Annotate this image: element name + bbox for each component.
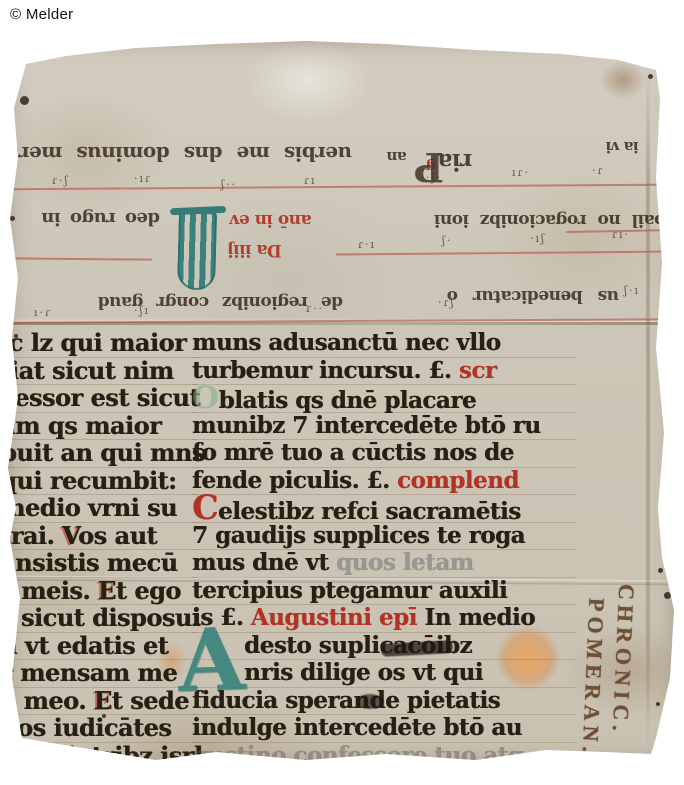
dark-speck — [648, 74, 653, 79]
text-segment: nris dilige os vt qui — [244, 659, 483, 686]
dark-speck — [306, 728, 309, 731]
text-segment: cessor est sicut — [0, 383, 200, 412]
manuscript-text-line: nos iudicātes — [0, 715, 198, 743]
text-segment: ansistis mecū — [0, 548, 177, 577]
inverted-text-fragment: pail no rogacionibz ioni — [366, 210, 666, 230]
text-segment: scr — [459, 357, 497, 384]
dark-speck — [656, 702, 660, 706]
manuscript-text-line: Celestibz refci sacramētis — [192, 495, 576, 523]
inverted-text-fragment: de regionibz congr gaud — [8, 292, 343, 312]
manuscript-text-line: mus dnē vt quos letam — [192, 550, 576, 578]
text-segment: E — [94, 686, 112, 715]
manuscript-text-line: z meis. Et ego — [0, 578, 198, 606]
text-segment: fo mrē tuo a cūctis nos de — [192, 439, 514, 466]
inverted-text-fragment: Da iiij — [228, 240, 282, 260]
text-segment: complend — [397, 467, 519, 494]
dark-speck — [664, 592, 671, 599]
inverted-text-fragment: anō in ev — [230, 210, 312, 230]
neume-marks: ʃ·· — [221, 178, 237, 191]
dark-speck — [20, 96, 29, 105]
copyright-credit: © Melder — [10, 6, 73, 23]
text-segment: tercipius ptegamur auxili — [192, 577, 507, 604]
photograph-of-manuscript-fragment: © Melder ɾ·ʃ·ıɾʃ··ɾı·ʃ·ıɾ··ɾɾ·ıʃ··ıʃɾı·ı… — [0, 0, 684, 785]
neume-marks: ·ɾ — [592, 164, 604, 177]
text-segment: quos letam — [336, 549, 473, 576]
neume-marks: ıɾ· — [512, 166, 530, 179]
manuscript-text-line: Oblatis qs dnē placare — [192, 385, 576, 413]
manuscript-text-line: fende piculis. £. complend — [192, 468, 576, 496]
neume-marks: ɾ·ı — [358, 238, 376, 251]
text-segment: 7 gaudijs supplices te roga — [192, 522, 525, 549]
manuscript-text-line: fiducia sperande pietatis — [192, 688, 576, 716]
manuscript-text-line: muns adusanctū nec vllo — [192, 330, 576, 358]
text-segment: trai. — [0, 521, 62, 550]
text-segment: V — [62, 521, 78, 550]
staff-line — [2, 257, 152, 260]
text-segment: gustino confessore tuo atq — [192, 742, 523, 769]
text-segment: qui recumbit: — [0, 466, 176, 495]
manuscript-text-line: n vt edatis et — [0, 633, 198, 661]
text-segment: ic lz qui maior — [0, 328, 186, 357]
manuscript-text-line: desto suplicacōibz — [192, 633, 576, 661]
dark-speck — [28, 748, 33, 753]
text-segment: t sede — [112, 686, 189, 715]
neume-marks: ɾ·ʃ — [52, 174, 69, 187]
manuscript-text-line: fo mrē tuo a cūctis nos de — [192, 440, 576, 468]
manuscript-text-line: buit an qui mns — [0, 440, 198, 468]
text-segment: t ego — [116, 576, 181, 605]
inverted-text-fragment: deo rugo in — [10, 208, 160, 229]
teal-initial-a: A — [177, 617, 247, 705]
dark-speck — [666, 304, 672, 310]
manuscript-text-line: turbemur incursu. £. scr — [192, 358, 576, 386]
manuscript-text-line: cessor est sicut — [0, 385, 198, 413]
text-segment: indulge intercedēte btō au — [192, 714, 522, 741]
neume-marks: ʃ·ı — [624, 284, 640, 297]
text-segment: munibz 7 intercedēte btō ru — [192, 412, 541, 439]
manuscript-text-line: o meo. Et sede — [0, 688, 198, 716]
inverted-text-fragment: an — [387, 148, 407, 166]
staff-line — [8, 184, 658, 191]
manuscript-text-line: bz. xij. tribz isrl — [0, 743, 198, 771]
manuscript-text-line: 7 gaudijs supplices te roga — [192, 523, 576, 551]
neume-marks: ɾı — [304, 174, 317, 187]
text-segment: z meis. — [0, 576, 98, 605]
manuscript-text-line: tercipius ptegamur auxili — [192, 578, 576, 606]
brown-stain — [592, 54, 654, 106]
dark-speck — [664, 130, 670, 136]
text-segment: O — [192, 380, 219, 416]
staff-line — [336, 251, 678, 256]
neume-marks: ·ıʃ — [530, 232, 546, 245]
spine-inscription-chronic: CHRONIC. — [607, 584, 640, 737]
inverted-text-fragment: uerbis me dns dominus meruit — [12, 142, 352, 166]
inverted-text-fragment: us benedicatur o — [394, 286, 619, 306]
text-segment: s sicut disposui — [0, 603, 200, 632]
teal-striped-initial — [177, 212, 217, 291]
text-segment: medio vrni su — [0, 493, 177, 522]
manuscript-text-line: fiat sicut nim — [0, 358, 198, 386]
manuscript-text-line: ansistis mecū — [0, 550, 198, 578]
manuscript-text-line: indulge intercedēte btō au — [192, 715, 576, 743]
text-column-left: ic lz qui maiorfiat sicut nimcessor est … — [0, 330, 198, 770]
dark-speck — [660, 234, 665, 239]
text-segment: bz. xij. tribz isrl — [0, 741, 202, 770]
vertical-fold — [646, 64, 650, 756]
manuscript-text-line: ic lz qui maior — [0, 330, 198, 358]
text-segment: desto suplicacōibz — [244, 632, 472, 659]
text-segment: E — [98, 576, 116, 605]
manuscript-text-line: medio vrni su — [0, 495, 198, 523]
text-segment: Augustini epī — [251, 604, 425, 631]
text-segment: buit an qui mns — [0, 438, 205, 467]
manuscript-text-line: munibz 7 intercedēte btō ru — [192, 413, 576, 441]
neume-marks: ʃ· — [442, 234, 452, 247]
dark-speck — [102, 714, 106, 718]
text-segment: fende piculis. £. — [192, 467, 397, 494]
text-segment: mus dnē vt — [192, 549, 336, 576]
text-segment: am qs maior — [0, 411, 161, 440]
text-segment: nos iudicātes — [0, 713, 171, 742]
dark-speck — [658, 568, 663, 573]
spine-inscription-pomeran: POMERAN. — [577, 598, 610, 758]
text-segment: muns adusanctū nec vllo — [192, 329, 500, 356]
dark-speck — [10, 216, 15, 221]
manuscript-text-line: gustino confessore tuo atq — [192, 743, 576, 771]
text-segment: o meo. — [0, 686, 94, 715]
text-column-center: muns adusanctū nec vlloturbemur incursu.… — [192, 330, 576, 770]
neume-marks: ·ıɾ — [134, 172, 152, 185]
manuscript-text-line: nris dilige os vt qui — [192, 660, 576, 688]
parchment-leaf: ɾ·ʃ·ıɾʃ··ɾı·ʃ·ıɾ··ɾɾ·ıʃ··ıʃɾı·ı·ɾ·ʃıɾ···… — [6, 38, 678, 765]
text-segment: fiat sicut nim — [0, 356, 174, 385]
text-segment: In medio — [424, 604, 535, 631]
manuscript-text-line: s sicut disposui — [0, 605, 198, 633]
text-segment: turbemur incursu. £. — [192, 357, 459, 384]
inverted-flourished-initial: P — [414, 146, 444, 186]
text-segment: os aut — [78, 521, 157, 550]
manuscript-text-line: is £. Augustini epī In medio — [192, 605, 576, 633]
text-segment: blatis qs dnē placare — [219, 387, 476, 414]
dark-speck — [14, 334, 18, 338]
manuscript-text-line: qui recumbit: — [0, 468, 198, 496]
manuscript-text-line: am qs maior — [0, 413, 198, 441]
manuscript-text-line: r mensam me — [0, 660, 198, 688]
text-segment: n vt edatis et — [0, 631, 168, 660]
inverted-text-fragment: ia vi — [606, 138, 639, 156]
text-segment: r mensam me — [0, 658, 177, 687]
manuscript-text-line: trai. Vos aut — [0, 523, 198, 551]
